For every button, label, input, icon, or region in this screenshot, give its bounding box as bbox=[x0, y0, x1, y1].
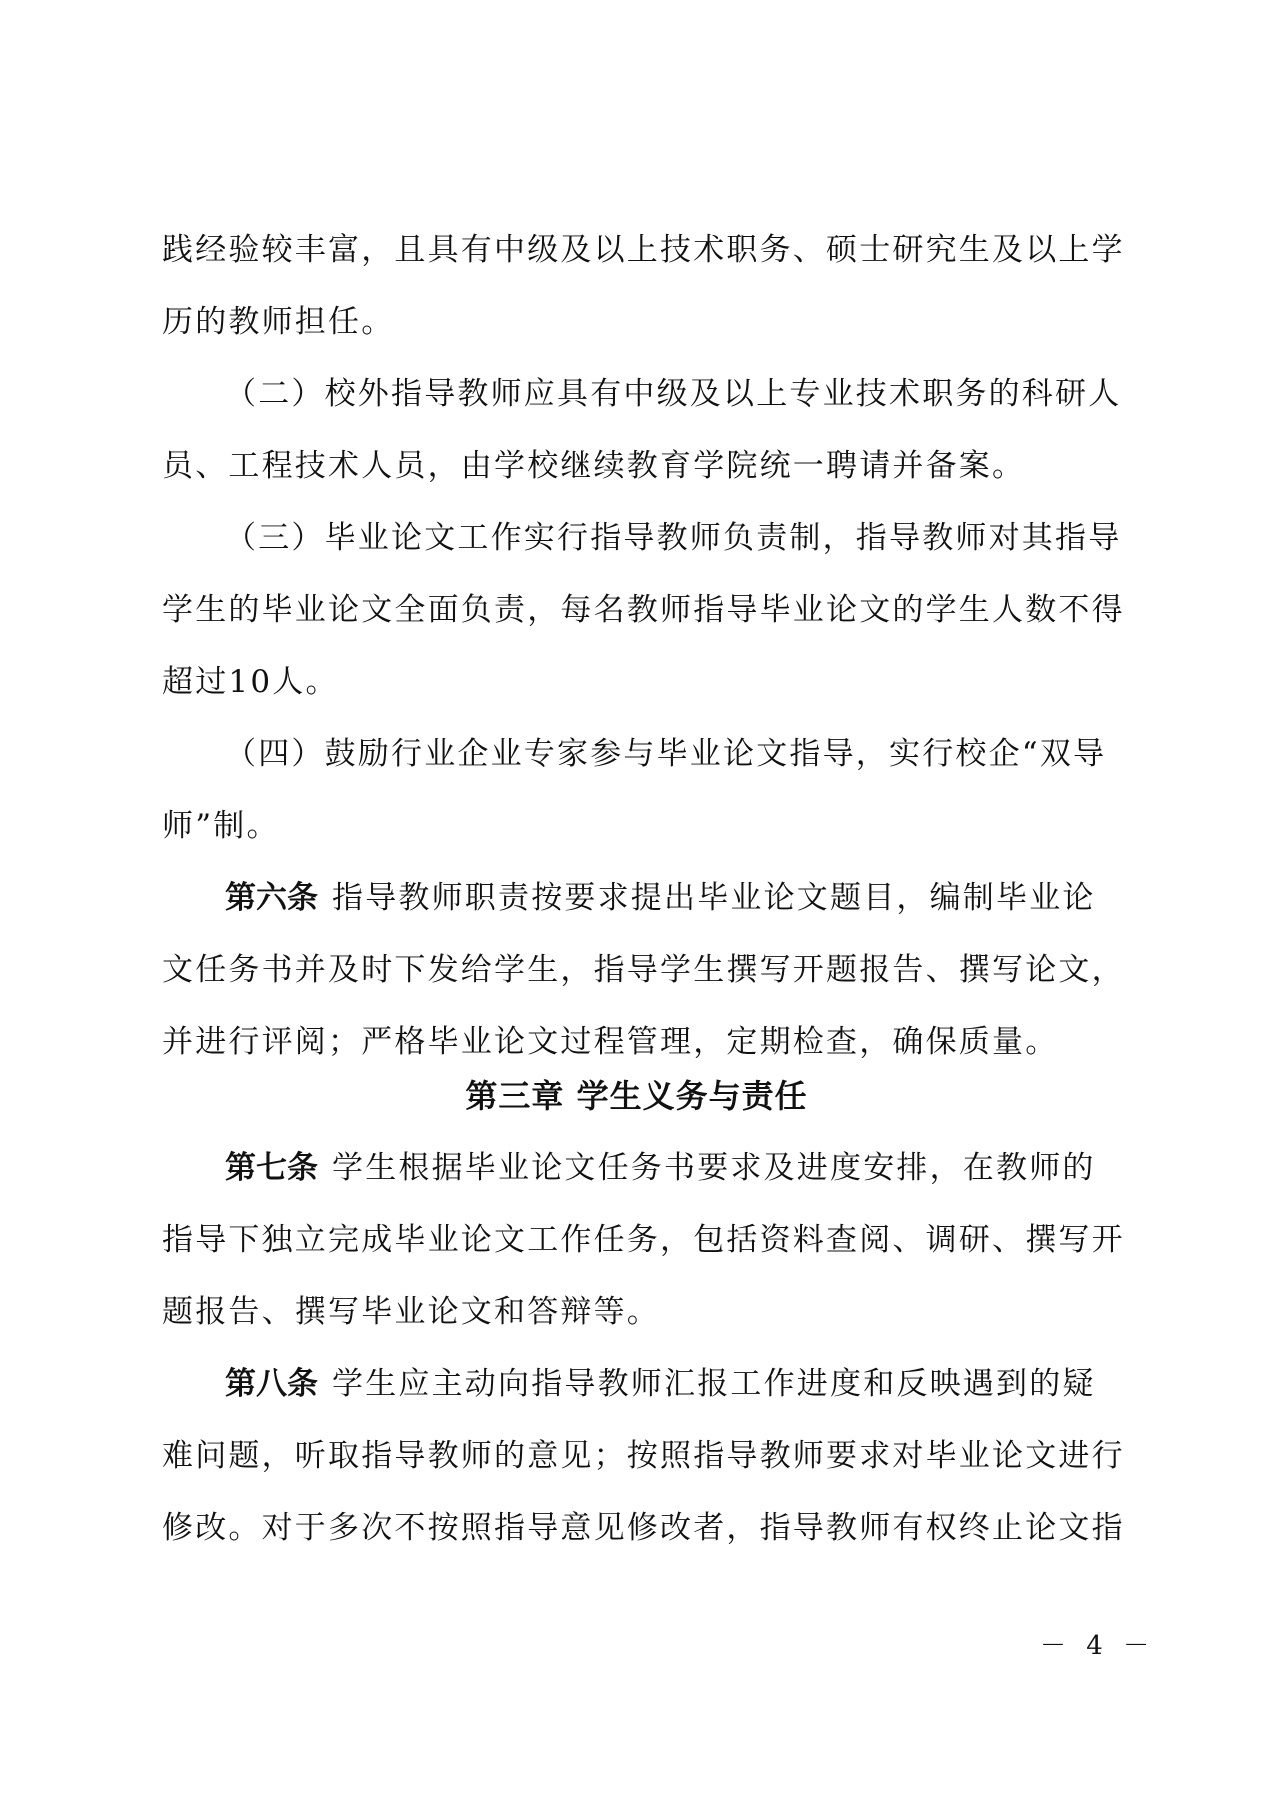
article-7-text: 学生根据毕业论文任务书要求及进度安排，在教师的 bbox=[332, 1150, 1096, 1186]
paragraph-line: 历的教师担任。 bbox=[162, 302, 1122, 342]
paragraph-line: 难问题，听取指导教师的意见；按照指导教师要求对毕业论文进行 bbox=[162, 1436, 1122, 1476]
article-8-line: 第八条学生应主动向指导教师汇报工作进度和反映遇到的疑 bbox=[225, 1364, 1185, 1404]
paragraph-line: 并进行评阅；严格毕业论文过程管理，定期检查，确保质量。 bbox=[162, 1022, 1122, 1062]
paragraph-line: 员、工程技术人员，由学校继续教育学院统一聘请并备案。 bbox=[162, 446, 1122, 486]
article-7-label: 第七条 bbox=[225, 1150, 318, 1186]
paragraph-line: 学生的毕业论文全面负责，每名教师指导毕业论文的学生人数不得 bbox=[162, 590, 1122, 630]
paragraph-line: 超过10人。 bbox=[162, 662, 1122, 702]
article-8-text: 学生应主动向指导教师汇报工作进度和反映遇到的疑 bbox=[332, 1366, 1096, 1402]
paragraph-line: 题报告、撰写毕业论文和答辩等。 bbox=[162, 1292, 1122, 1332]
article-6-text: 指导教师职责按要求提出毕业论文题目，编制毕业论 bbox=[332, 880, 1096, 916]
paragraph-line: 指导下独立完成毕业论文工作任务，包括资料查阅、调研、撰写开 bbox=[162, 1220, 1122, 1260]
page-number: － 4 － bbox=[1040, 1625, 1155, 1662]
paragraph-line: （二）校外指导教师应具有中级及以上专业技术职务的科研人 bbox=[225, 374, 1185, 414]
paragraph-line: 修改。对于多次不按照指导意见修改者，指导教师有权终止论文指 bbox=[162, 1508, 1122, 1548]
paragraph-line: 师”制。 bbox=[162, 806, 1122, 846]
paragraph-line: 践经验较丰富，且具有中级及以上技术职务、硕士研究生及以上学 bbox=[162, 230, 1122, 270]
chapter-title: 第三章 学生义务与责任 bbox=[0, 1075, 1273, 1117]
document-page: 践经验较丰富，且具有中级及以上技术职务、硕士研究生及以上学 历的教师担任。 （二… bbox=[0, 0, 1273, 1800]
article-6-line: 第六条指导教师职责按要求提出毕业论文题目，编制毕业论 bbox=[225, 878, 1185, 918]
article-8-label: 第八条 bbox=[225, 1366, 318, 1402]
article-7-line: 第七条学生根据毕业论文任务书要求及进度安排，在教师的 bbox=[225, 1148, 1185, 1188]
paragraph-line: （四）鼓励行业企业专家参与毕业论文指导，实行校企“双导 bbox=[225, 734, 1185, 774]
paragraph-line: （三）毕业论文工作实行指导教师负责制，指导教师对其指导 bbox=[225, 518, 1185, 558]
paragraph-line: 文任务书并及时下发给学生，指导学生撰写开题报告、撰写论文， bbox=[162, 950, 1122, 990]
article-6-label: 第六条 bbox=[225, 880, 318, 916]
